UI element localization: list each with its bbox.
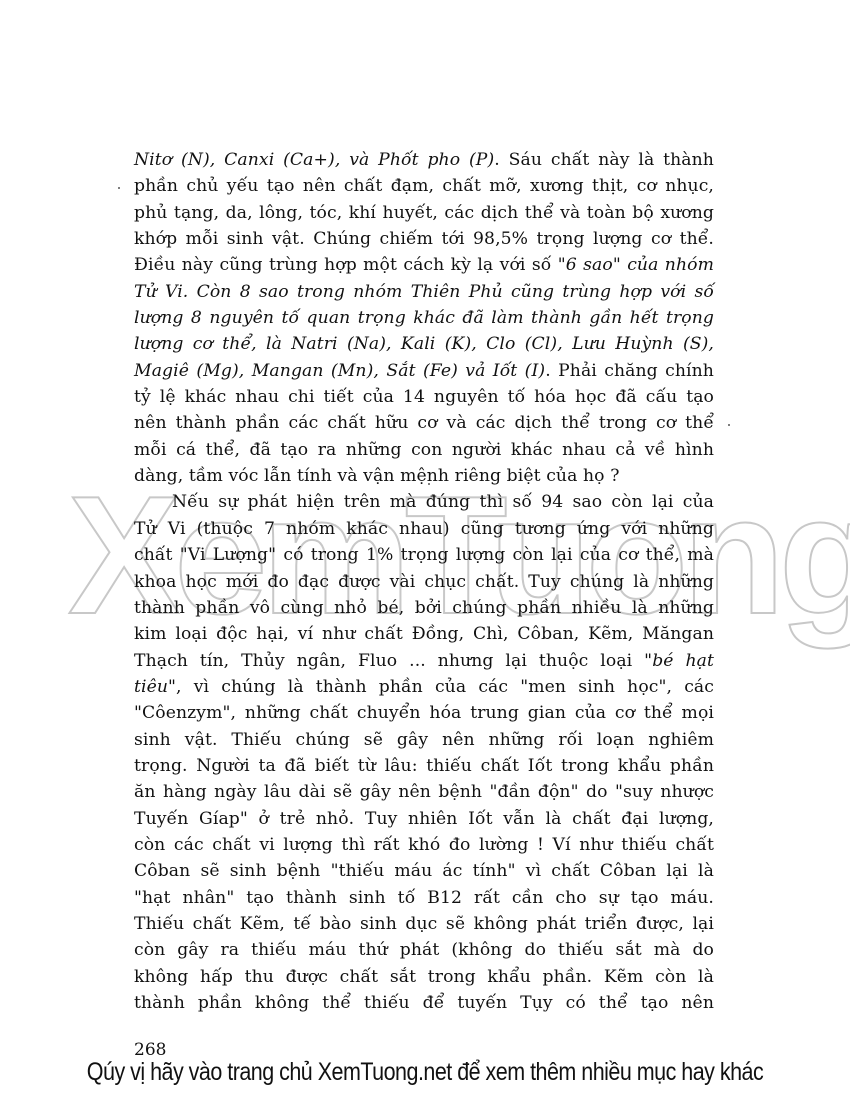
text-span: còn các chất vi lượng thì rất khó đo lườ… [134, 835, 714, 855]
text-span: kim loại độc hại, ví như chất Đồng, Chì,… [134, 624, 714, 644]
text-span: khớp mỗi sinh vật. Chúng chiếm tới 98,5%… [134, 229, 714, 249]
paragraph-elements: Nitơ (N), Canxi (Ca+), và Phốt pho (P). … [134, 147, 714, 489]
text-line: Nếu sự phát hiện trên mà đúng thì số 94 … [134, 489, 714, 515]
text-span: phần chủ yếu tạo nên chất đạm, chất mỡ, … [134, 176, 714, 196]
italic-text: của nhóm [627, 255, 714, 275]
text-span: phủ tạng, da, lông, tóc, khí huyết, các … [134, 203, 714, 223]
text-line: không hấp thu được chất sắt trong khẩu p… [134, 964, 714, 990]
text-line: "Côenzym", những chất chuyển hóa trung g… [134, 700, 714, 726]
text-line: Nitơ (N), Canxi (Ca+), và Phốt pho (P). … [134, 147, 714, 173]
text-line: nên thành phần các chất hữu cơ và các dị… [134, 410, 714, 436]
italic-text: Tử Vi. Còn 8 sao trong nhóm Thiên Phủ cũ… [134, 282, 714, 302]
scan-speck [728, 424, 730, 426]
text-line: còn gây ra thiếu máu thứ phát (không do … [134, 937, 714, 963]
text-span: ăn hàng ngày lâu dài sẽ gây nên bệnh "đầ… [134, 782, 714, 802]
text-span: Thạch tín, Thủy ngân, Fluo ... nhưng lại… [134, 651, 652, 671]
text-line: trọng. Người ta đã biết từ lâu: thiếu ch… [134, 753, 714, 779]
text-line: Côban sẽ sinh bệnh "thiếu máu ác tính" v… [134, 858, 714, 884]
text-line: Điều này cũng trùng hợp một cách kỳ lạ v… [134, 252, 714, 278]
text-line: Tuyến Gíap" ở trẻ nhỏ. Tuy nhiên Iốt vẫn… [134, 806, 714, 832]
text-line: kim loại độc hại, ví như chất Đồng, Chì,… [134, 621, 714, 647]
text-line: còn các chất vi lượng thì rất khó đo lườ… [134, 832, 714, 858]
italic-text: 6 sao [566, 255, 613, 275]
text-span: không hấp thu được chất sắt trong khẩu p… [134, 967, 714, 987]
scan-speck [118, 187, 120, 189]
italic-text: tiêu [134, 677, 168, 697]
text-span: Điều này cũng trùng hợp một cách kỳ lạ v… [134, 255, 566, 275]
text-span: Tử Vi (thuộc 7 nhóm khác nhau) cũng tươn… [134, 519, 714, 539]
text-line: thành phần không thể thiếu để tuyến Tụy … [134, 990, 714, 1016]
book-page: XemTuong.net Nitơ (N), Canxi (Ca+), và P… [0, 0, 850, 1102]
text-line: Tử Vi (thuộc 7 nhóm khác nhau) cũng tươn… [134, 516, 714, 542]
text-line: khớp mỗi sinh vật. Chúng chiếm tới 98,5%… [134, 226, 714, 252]
text-span: . Phải chăng chính [545, 361, 714, 381]
text-line: sinh vật. Thiếu chúng sẽ gây nên những r… [134, 727, 714, 753]
text-span: khoa học mới đo đạc được vài chục chất. … [134, 572, 714, 592]
text-span: Thiếu chất Kẽm, tế bào sinh dục sẽ không… [134, 914, 714, 934]
text-line: ăn hàng ngày lâu dài sẽ gây nên bệnh "đầ… [134, 779, 714, 805]
text-span: Tuyến Gíap" ở trẻ nhỏ. Tuy nhiên Iốt vẫn… [134, 809, 714, 829]
italic-text: Magiê (Mg), Mangan (Mn), Sắt (Fe) vả Iốt… [134, 361, 545, 381]
text-line: thành phần vô cùng nhỏ bé, bởi chúng phầ… [134, 595, 714, 621]
text-span: tỷ lệ khác nhau chi tiết của 14 nguyên t… [134, 387, 714, 407]
text-span: thành phần không thể thiếu để tuyến Tụy … [134, 993, 714, 1013]
text-span: thành phần vô cùng nhỏ bé, bởi chúng phầ… [134, 598, 714, 618]
italic-text: bé hạt [652, 651, 714, 671]
text-line: Magiê (Mg), Mangan (Mn), Sắt (Fe) vả Iốt… [134, 358, 714, 384]
text-span: " [613, 255, 627, 275]
text-span: ", vì chúng là thành phần của các "men s… [168, 677, 714, 697]
text-span: "hạt nhân" tạo thành sinh tố B12 rất cần… [134, 888, 714, 908]
text-line: Thạch tín, Thủy ngân, Fluo ... nhưng lại… [134, 648, 714, 674]
text-span: nên thành phần các chất hữu cơ và các dị… [134, 413, 714, 433]
text-span: "Côenzym", những chất chuyển hóa trung g… [134, 703, 714, 723]
paragraph-micronutrients: Nếu sự phát hiện trên mà đúng thì số 94 … [134, 489, 714, 1016]
text-line: tỷ lệ khác nhau chi tiết của 14 nguyên t… [134, 384, 714, 410]
text-span: sinh vật. Thiếu chúng sẽ gây nên những r… [134, 730, 714, 750]
text-span: chất "Vi Lượng" có trong 1% trọng lượng … [134, 545, 714, 565]
text-line: "hạt nhân" tạo thành sinh tố B12 rất cần… [134, 885, 714, 911]
text-line: Tử Vi. Còn 8 sao trong nhóm Thiên Phủ cũ… [134, 279, 714, 305]
text-line: khoa học mới đo đạc được vài chục chất. … [134, 569, 714, 595]
text-line: dàng, tầm vóc lẫn tính và vận mệnh riêng… [134, 463, 714, 489]
footer-banner: Qúy vị hãy vào trang chủ XemTuong.net để… [60, 1058, 791, 1087]
text-span: . Sáu chất này là thành [494, 150, 714, 170]
text-line: lượng cơ thể, là Natri (Na), Kali (K), C… [134, 331, 714, 357]
body-text: Nitơ (N), Canxi (Ca+), và Phốt pho (P). … [134, 147, 714, 1016]
text-line: tiêu", vì chúng là thành phần của các "m… [134, 674, 714, 700]
italic-text: lượng cơ thể, là Natri (Na), Kali (K), C… [134, 334, 714, 354]
page-number: 268 [134, 1040, 166, 1060]
text-span: còn gây ra thiếu máu thứ phát (không do … [134, 940, 714, 960]
text-line: chất "Vi Lượng" có trong 1% trọng lượng … [134, 542, 714, 568]
text-span: dàng, tầm vóc lẫn tính và vận mệnh riêng… [134, 466, 620, 486]
text-line: lượng 8 nguyên tố quan trọng khác đã làm… [134, 305, 714, 331]
text-line: mỗi cá thể, đã tạo ra những con người kh… [134, 437, 714, 463]
text-line: phần chủ yếu tạo nên chất đạm, chất mỡ, … [134, 173, 714, 199]
text-span: trọng. Người ta đã biết từ lâu: thiếu ch… [134, 756, 714, 776]
text-span: Nếu sự phát hiện trên mà đúng thì số 94 … [172, 492, 714, 512]
italic-text: lượng 8 nguyên tố quan trọng khác đã làm… [134, 308, 714, 328]
text-span: mỗi cá thể, đã tạo ra những con người kh… [134, 440, 714, 460]
text-span: Côban sẽ sinh bệnh "thiếu máu ác tính" v… [134, 861, 714, 881]
text-line: phủ tạng, da, lông, tóc, khí huyết, các … [134, 200, 714, 226]
text-line: Thiếu chất Kẽm, tế bào sinh dục sẽ không… [134, 911, 714, 937]
italic-text: Nitơ (N), Canxi (Ca+), và Phốt pho (P) [134, 150, 494, 170]
